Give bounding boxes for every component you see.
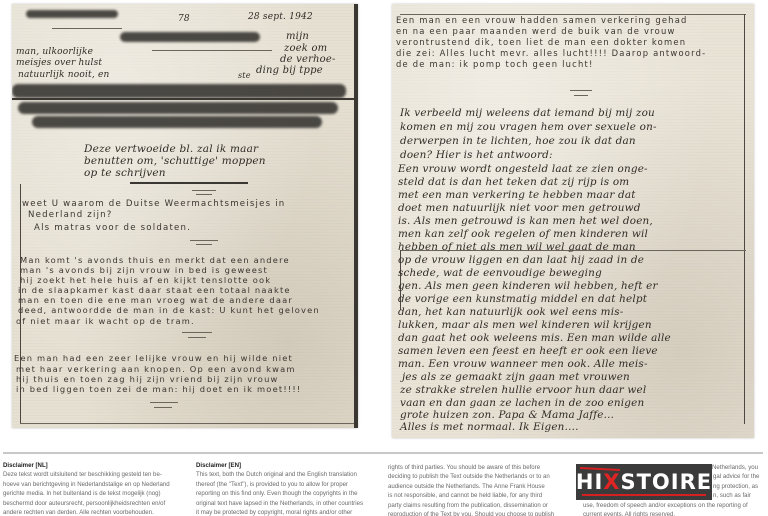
disclaimer-en-line: reporting on this find only. Even though… [196, 489, 376, 498]
essay-line-22: ze strakke strelen hullie ervoor hun daa… [400, 385, 646, 395]
right-note-5: ste [238, 72, 251, 80]
joke2-line-2: man 's avonds bij zijn vrouw in bed is g… [20, 266, 268, 274]
essay-line-9: is. Als men getrouwd is kan men het wel … [398, 216, 653, 226]
joke3-line-4: in bed liggen toen zei de man: hij doet … [16, 385, 301, 393]
divider-mark [192, 190, 216, 191]
intro-line-2: benutten om, 'schuttige' moppen [84, 156, 266, 167]
disclaimer-en-cont-line: party claims resulting from the publicat… [388, 501, 568, 510]
essay-line-3: derwerpen in te lichten, hoe zou ik dat … [400, 136, 636, 146]
disclaimer-en: Disclaimer [EN] This text, both the Dutc… [196, 461, 376, 516]
essay-line-2: komen en mij zou vragen hem over sexuele… [400, 122, 657, 132]
joke2-line-3: hij zoekt het hele huis af en kijkt tens… [20, 276, 271, 284]
logo-x-mark: X [603, 470, 620, 494]
logo-text: HIXSTOIRE [576, 470, 712, 494]
disclaimer-en-line: thereof (the "Text"), is provided to you… [196, 480, 376, 489]
page-date: 28 sept. 1942 [248, 13, 313, 22]
essay-line-12: op de vrouw liggen en dan laat hij zaad … [398, 255, 644, 265]
disclaimer-en-line: This text, both the Dutch original and t… [196, 470, 376, 479]
joke2-divider-2 [188, 337, 206, 338]
disclaimer-nl: Disclaimer [NL] Deze tekst wordt uitslui… [3, 461, 188, 516]
essay-line-14: gen. Als men geen kinderen wil hebben, h… [398, 281, 658, 291]
essay-line-7: met een man verkering te hebben maar dat [398, 190, 636, 200]
joke3-line-2: met haar verkering aan knopen. Op een av… [16, 365, 296, 373]
divider-mark-2 [196, 194, 212, 195]
disclaimer-nl-title: Disclaimer [NL] [3, 461, 188, 470]
right-note-2: zoek om [284, 44, 327, 54]
disclaimer-en-cont-line: deciding to publish the Text outside the… [388, 472, 568, 481]
disclaimer-en-line: it may be protected by copyright, moral … [196, 508, 376, 516]
joke2-line-6: deed, antwoordde de man in de kast: U ku… [18, 306, 320, 314]
essay-line-19: samen leven een feest en heeft er ook ee… [398, 346, 658, 356]
joke1-line-2: Nederland zijn? [28, 211, 113, 220]
right-note-3: de verhoe- [280, 55, 336, 65]
right-note-1: mijn [286, 32, 309, 42]
disclaimer-nl-line: beschermd door auteursrecht, persoonlijk… [3, 499, 188, 508]
essay-line-10: men kan zelf ook regelen of men kinderen… [398, 229, 648, 239]
page-number: 78 [178, 15, 190, 24]
essay-line-23: vaan en dan gaan ze lachen in de zoo eni… [400, 398, 644, 408]
essay-line-17: lukken, maar als men wel kinderen wil kr… [398, 320, 652, 330]
disclaimer-nl-line: gerichte media. In het buitenland is de … [3, 489, 188, 498]
hixstoire-logo: HIXSTOIRE [576, 464, 712, 500]
joke1-line-1: weet U waarom de Duitse Weermachtsmeisje… [22, 200, 285, 209]
disclaimer-nl-line: Deze tekst wordt uitsluitend ter beschik… [3, 470, 188, 479]
redacted-header-mark [26, 10, 118, 18]
joke1-divider [190, 240, 218, 241]
disclaimer-nl-line: hoeve van berichtgeving in Nederlandstal… [3, 480, 188, 489]
disclaimer-en-cont-line: audience outside the Netherlands. The An… [388, 482, 568, 491]
essay-line-1: Ik verbeeld mij weleens dat iemand bij m… [400, 108, 655, 118]
essay-line-6: steld dat is dan het teken dat zij rijp … [398, 177, 629, 187]
essay-line-15: de vorige een kunstmatig middel en dat h… [398, 294, 647, 304]
disclaimer-en-end-line: current events. All rights reserved. [583, 510, 768, 516]
logo-suffix: STOIRE [620, 470, 712, 494]
footer-separator [3, 452, 763, 454]
disclaimer-en-cont-line: rights of third parties. You should be a… [388, 463, 568, 472]
essay-line-4: doen? Hier is het antwoord: [400, 150, 553, 160]
essay-border-right [744, 104, 745, 424]
joke1-divider-2 [196, 244, 212, 245]
joke2-divider [182, 332, 212, 333]
diary-page-right: Een man en een vrouw hadden samen verker… [392, 4, 754, 438]
joke2-line-1: Man komt 's avonds thuis en merkt dat ee… [20, 256, 290, 264]
joke2-line-4: in de slaapkamer kast daar staat een tot… [18, 286, 291, 294]
redaction-rule [12, 98, 358, 100]
essay-line-25: Alles is met normaal. Ik Eigen.... [400, 422, 579, 432]
joke2-line-5: man en toen die ene man vroeg wat de and… [18, 296, 293, 304]
disclaimer-nl-line: andere rechten van derden. Alle rechten … [3, 508, 188, 516]
joke3-divider-2 [154, 407, 172, 408]
joke4-divider-2 [574, 95, 588, 96]
disclaimer-en-cont-line: reproduction of the Text by you. Should … [388, 510, 568, 516]
essay-line-21: jes als ze gemaakt zijn gaan met vrouwen [402, 372, 630, 382]
logo-prefix: HI [576, 470, 603, 494]
joke4-line-3: verontrustend dik, toen liet de man een … [396, 38, 686, 46]
intro-line-1: Deze vertwoeide bl. zal ik maar [84, 144, 258, 155]
joke4-line-4: die zei: Alles lucht mevr. alles lucht!!… [396, 49, 706, 57]
joke3-divider [150, 402, 178, 403]
essay-line-5: Een vrouw wordt ongesteld laat ze zien o… [398, 164, 648, 174]
disclaimer-en-line: original text have lapsed in the Netherl… [196, 499, 376, 508]
disclaimer-en-end-line: use, freedom of speech and/or exceptions… [583, 501, 768, 510]
redacted-block-3 [32, 116, 322, 128]
diary-page-left: 78 28 sept. 1942 man, ulkoorlijke meisje… [12, 4, 358, 428]
margin-note-2: meisjes over hulst [16, 59, 102, 68]
box-border-bottom [20, 423, 356, 424]
redacted-block-1 [12, 84, 346, 98]
redacted-title [120, 32, 260, 42]
redacted-block-2 [18, 102, 338, 114]
logo-underline [582, 494, 706, 496]
disclaimer-en-continued: rights of third parties. You should be a… [388, 463, 568, 516]
essay-line-13: schede, wat de eenvoudige beweging [398, 268, 602, 278]
joke4-divider [570, 90, 592, 91]
right-note-4: ding bij tppe [256, 66, 323, 76]
intro-underline [130, 182, 248, 184]
right-border [744, 14, 745, 104]
joke2-line-7: of niet maar ik wacht op de tram. [16, 317, 195, 325]
disclaimer-en-title: Disclaimer [EN] [196, 461, 376, 470]
margin-note-3: natuurlijk nooit, en [18, 71, 110, 80]
header-rule [52, 28, 122, 29]
essay-line-24: grote huizen zon. Papa & Mama Jaffe... [400, 410, 614, 420]
header-rule-2 [152, 50, 272, 51]
margin-note-1: man, ulkoorlijke [16, 48, 93, 57]
joke1-line-3: Als matras voor de soldaten. [34, 224, 191, 233]
intro-line-3: op te schrijven [84, 168, 166, 179]
essay-line-20: man. Een vrouw wanneer men ook. Alle mei… [398, 359, 648, 369]
joke3-line-3: hij thuis en toen zag hij zijn vriend bi… [16, 375, 279, 383]
joke3-line-1: Een man had een zeer lelijke vrouw en hi… [14, 354, 293, 362]
joke4-line-1: Een man en een vrouw hadden samen verker… [396, 16, 688, 24]
essay-line-18: dan gaat het ook weleens mis. Een man wi… [398, 333, 671, 343]
joke4-line-5: de de man: ik pomp toch geen lucht! [396, 60, 594, 68]
essay-line-8: doet men natuurlijk niet voor men getrou… [398, 203, 641, 213]
disclaimer-en-cont-line: is not responsible, and cannot be held l… [388, 491, 568, 500]
joke4-line-2: en na een paar maanden werd de buik van … [396, 27, 676, 35]
essay-line-11: hebben of niet als men wil wel gaat de m… [398, 242, 636, 252]
essay-line-16: dan, het kan natuurlijk ook wel eens mis… [398, 307, 623, 317]
